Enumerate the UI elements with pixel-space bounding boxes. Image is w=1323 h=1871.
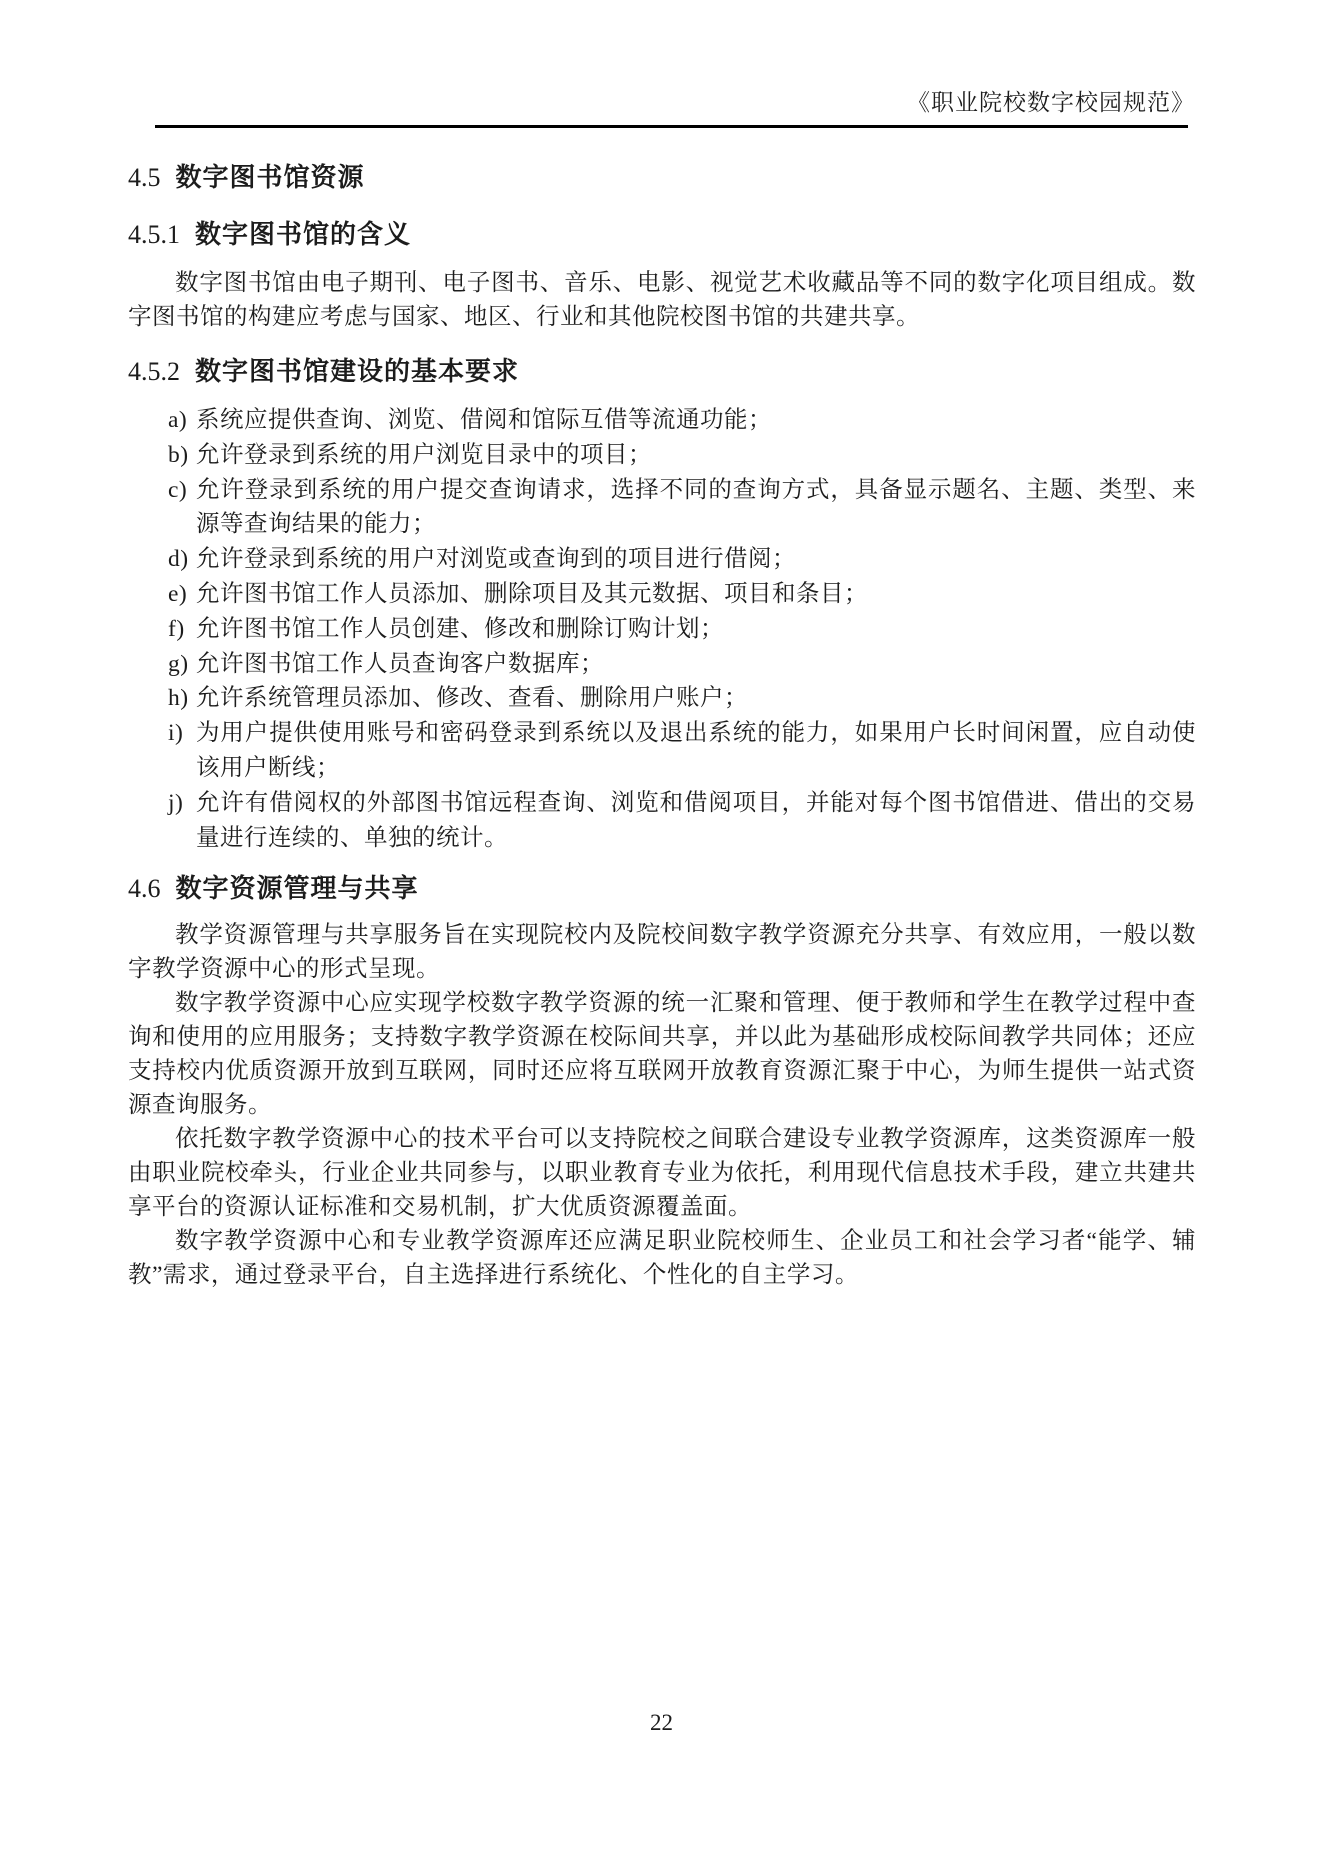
paragraph-4-5-1: 数字图书馆由电子期刊、电子图书、音乐、电影、视觉艺术收藏品等不同的数字化项目组成…	[128, 266, 1196, 334]
list-item: c) 允许登录到系统的用户提交查询请求，选择不同的查询方式，具备显示题名、主题、…	[128, 473, 1196, 543]
list-item-label: i)	[168, 716, 183, 751]
section-title: 数字资源管理与共享	[176, 873, 419, 903]
section-heading-4-5: 4.5数字图书馆资源	[128, 162, 1196, 193]
section-heading-4-5-1: 4.5.1数字图书馆的含义	[128, 219, 1196, 250]
page-number: 22	[650, 1710, 673, 1735]
section-title: 数字图书馆建设的基本要求	[195, 356, 519, 386]
list-item-label: d)	[168, 542, 189, 577]
list-item-text: 允许系统管理员添加、修改、查看、删除用户账户；	[196, 685, 748, 711]
paragraph: 依托数字教学资源中心的技术平台可以支持院校之间联合建设专业教学资源库，这类资源库…	[128, 1122, 1196, 1224]
paragraph: 数字教学资源中心应实现学校数字教学资源的统一汇聚和管理、便于教师和学生在教学过程…	[128, 986, 1196, 1122]
page-footer: 22	[0, 1710, 1323, 1736]
list-item-label: a)	[168, 403, 187, 438]
section-number: 4.6	[128, 874, 161, 903]
list-item: d) 允许登录到系统的用户对浏览或查询到的项目进行借阅；	[128, 542, 1196, 577]
list-item-text: 允许登录到系统的用户对浏览或查询到的项目进行借阅；	[196, 546, 796, 572]
page-content: 4.5数字图书馆资源 4.5.1数字图书馆的含义 数字图书馆由电子期刊、电子图书…	[128, 0, 1196, 1292]
list-item-label: f)	[168, 612, 185, 647]
list-item-text: 为用户提供使用账号和密码登录到系统以及退出系统的能力，如果用户长时间闲置，应自动…	[196, 720, 1196, 781]
list-item: e) 允许图书馆工作人员添加、删除项目及其元数据、项目和条目；	[128, 577, 1196, 612]
paragraph: 数字教学资源中心和专业教学资源库还应满足职业院校师生、企业员工和社会学习者“能学…	[128, 1224, 1196, 1292]
section-number: 4.5	[128, 163, 161, 192]
document-page: 《职业院校数字校园规范》 4.5数字图书馆资源 4.5.1数字图书馆的含义 数字…	[0, 0, 1323, 1871]
list-item-label: j)	[168, 786, 183, 821]
list-item-text: 系统应提供查询、浏览、借阅和馆际互借等流通功能；	[196, 407, 772, 433]
list-item: a) 系统应提供查询、浏览、借阅和馆际互借等流通功能；	[128, 403, 1196, 438]
list-item: h) 允许系统管理员添加、修改、查看、删除用户账户；	[128, 681, 1196, 716]
list-item-text: 允许图书馆工作人员查询客户数据库；	[196, 651, 604, 677]
section-heading-4-5-2: 4.5.2数字图书馆建设的基本要求	[128, 356, 1196, 387]
paragraph: 教学资源管理与共享服务旨在实现院校内及院校间数字教学资源充分共享、有效应用，一般…	[128, 918, 1196, 986]
list-item: g) 允许图书馆工作人员查询客户数据库；	[128, 647, 1196, 682]
list-item-text: 允许登录到系统的用户提交查询请求，选择不同的查询方式，具备显示题名、主题、类型、…	[196, 477, 1196, 538]
list-item-label: h)	[168, 681, 189, 716]
section-title: 数字图书馆资源	[176, 162, 365, 192]
list-item-label: e)	[168, 577, 187, 612]
list-item-text: 允许登录到系统的用户浏览目录中的项目；	[196, 442, 652, 468]
section-4-6-body: 教学资源管理与共享服务旨在实现院校内及院校间数字教学资源充分共享、有效应用，一般…	[128, 918, 1196, 1292]
list-item: j) 允许有借阅权的外部图书馆远程查询、浏览和借阅项目，并能对每个图书馆借进、借…	[128, 786, 1196, 856]
list-item-label: b)	[168, 438, 189, 473]
section-heading-4-6: 4.6数字资源管理与共享	[128, 873, 1196, 904]
section-title: 数字图书馆的含义	[195, 219, 411, 249]
requirements-list: a) 系统应提供查询、浏览、借阅和馆际互借等流通功能； b) 允许登录到系统的用…	[128, 403, 1196, 855]
list-item: i) 为用户提供使用账号和密码登录到系统以及退出系统的能力，如果用户长时间闲置，…	[128, 716, 1196, 786]
list-item-text: 允许有借阅权的外部图书馆远程查询、浏览和借阅项目，并能对每个图书馆借进、借出的交…	[196, 790, 1196, 851]
list-item-label: g)	[168, 647, 189, 682]
list-item: b) 允许登录到系统的用户浏览目录中的项目；	[128, 438, 1196, 473]
list-item-text: 允许图书馆工作人员添加、删除项目及其元数据、项目和条目；	[196, 581, 868, 607]
list-item-label: c)	[168, 473, 187, 508]
list-item-text: 允许图书馆工作人员创建、修改和删除订购计划；	[196, 616, 724, 642]
section-number: 4.5.1	[128, 220, 180, 249]
list-item: f) 允许图书馆工作人员创建、修改和删除订购计划；	[128, 612, 1196, 647]
section-number: 4.5.2	[128, 357, 180, 386]
